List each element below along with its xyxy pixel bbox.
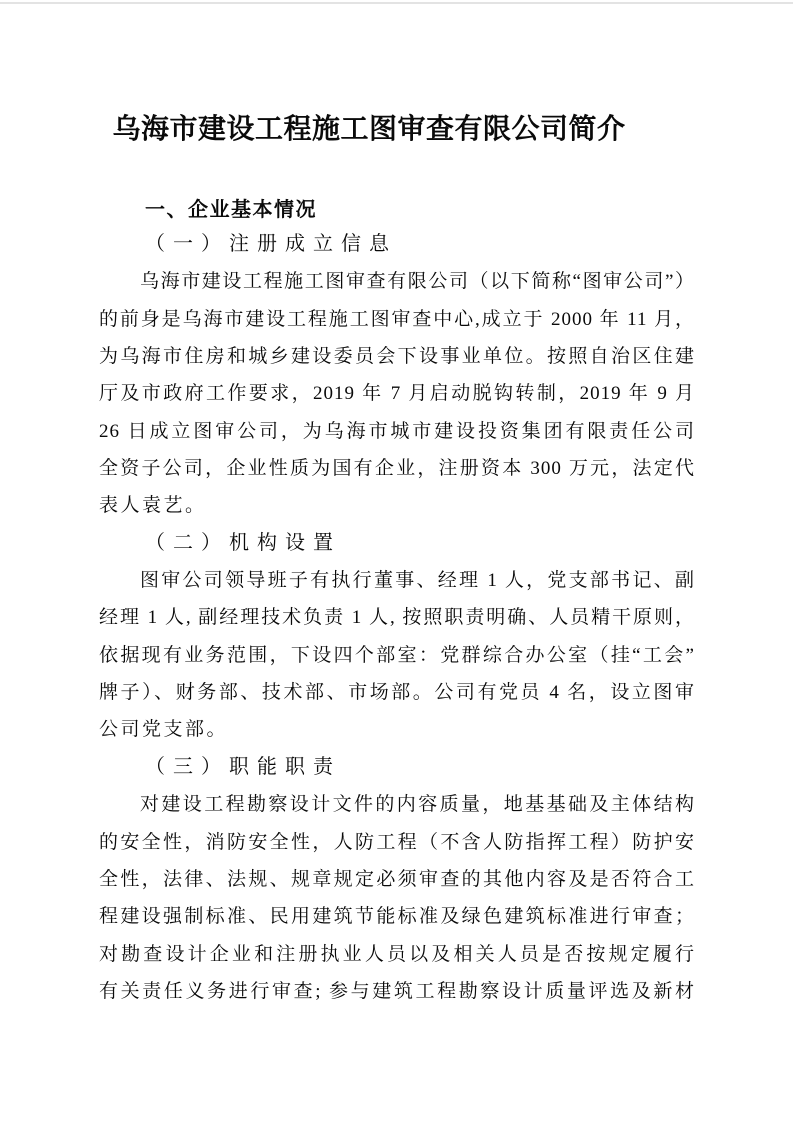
paragraph-line: 有关责任义务进行审查; 参与建筑工程勘察设计质量评选及新材 <box>99 973 695 1010</box>
paragraph-line: 全性，法律、法规、规章规定必须审查的其他内容及是否符合工 <box>99 861 695 898</box>
paragraph-line: 全资子公司，企业性质为国有企业，注册资本 300 万元，法定代 <box>99 450 695 487</box>
paragraph-line: 厅及市政府工作要求，2019 年 7 月启动脱钩转制，2019 年 9 月 <box>99 375 695 412</box>
paragraph-line: 的安全性，消防安全性，人防工程（不含人防指挥工程）防护安 <box>99 824 695 861</box>
paragraph-line: 经理 1 人, 副经理技术负责 1 人, 按照职责明确、人员精干原则， <box>99 599 695 636</box>
subsection-organization: （二）机构设置 图审公司领导班子有执行董事、经理 1 人，党支部书记、副 经理 … <box>99 525 695 749</box>
subsection-heading: （二）机构设置 <box>99 525 695 562</box>
subsection-functions: （三）职能职责 对建设工程勘察设计文件的内容质量，地基基础及主体结构 的安全性，… <box>99 749 695 1010</box>
subsection-heading: （三）职能职责 <box>99 749 695 786</box>
paragraph-line: 26 日成立图审公司，为乌海市城市建设投资集团有限责任公司 <box>99 413 695 450</box>
subsection-heading: （一）注册成立信息 <box>99 226 695 263</box>
document-body: （一）注册成立信息 乌海市建设工程施工图审查有限公司（以下简称“图审公司”） 的… <box>99 226 695 1010</box>
paragraph-line: 的前身是乌海市建设工程施工图审查中心,成立于 2000 年 11 月， <box>99 301 695 338</box>
paragraph-line: 依据现有业务范围，下设四个部室：党群综合办公室（挂“工会” <box>99 637 695 674</box>
paragraph-line: 图审公司领导班子有执行董事、经理 1 人，党支部书记、副 <box>99 562 695 599</box>
paragraph-line: 乌海市建设工程施工图审查有限公司（以下简称“图审公司”） <box>99 263 695 300</box>
paragraph-line: 公司党支部。 <box>99 711 695 748</box>
document-page: 乌海市建设工程施工图审查有限公司简介 一、企业基本情况 （一）注册成立信息 乌海… <box>0 0 793 1122</box>
page-title: 乌海市建设工程施工图审查有限公司简介 <box>71 0 667 151</box>
paragraph-line: 牌子）、财务部、技术部、市场部。公司有党员 4 名，设立图审 <box>99 674 695 711</box>
paragraph-line: 程建设强制标准、民用建筑节能标准及绿色建筑标准进行审查； <box>99 898 695 935</box>
subsection-registration-info: （一）注册成立信息 乌海市建设工程施工图审查有限公司（以下简称“图审公司”） 的… <box>99 226 695 525</box>
document-content: 乌海市建设工程施工图审查有限公司简介 一、企业基本情况 （一）注册成立信息 乌海… <box>99 0 695 1010</box>
paragraph-line: 为乌海市住房和城乡建设委员会下设事业单位。按照自治区住建 <box>99 338 695 375</box>
paragraph-line: 表人袁艺。 <box>99 487 695 524</box>
paragraph-line: 对建设工程勘察设计文件的内容质量，地基基础及主体结构 <box>99 786 695 823</box>
paragraph-line: 对勘查设计企业和注册执业人员以及相关人员是否按规定履行 <box>99 936 695 973</box>
section-heading-basic-info: 一、企业基本情况 <box>99 198 695 223</box>
